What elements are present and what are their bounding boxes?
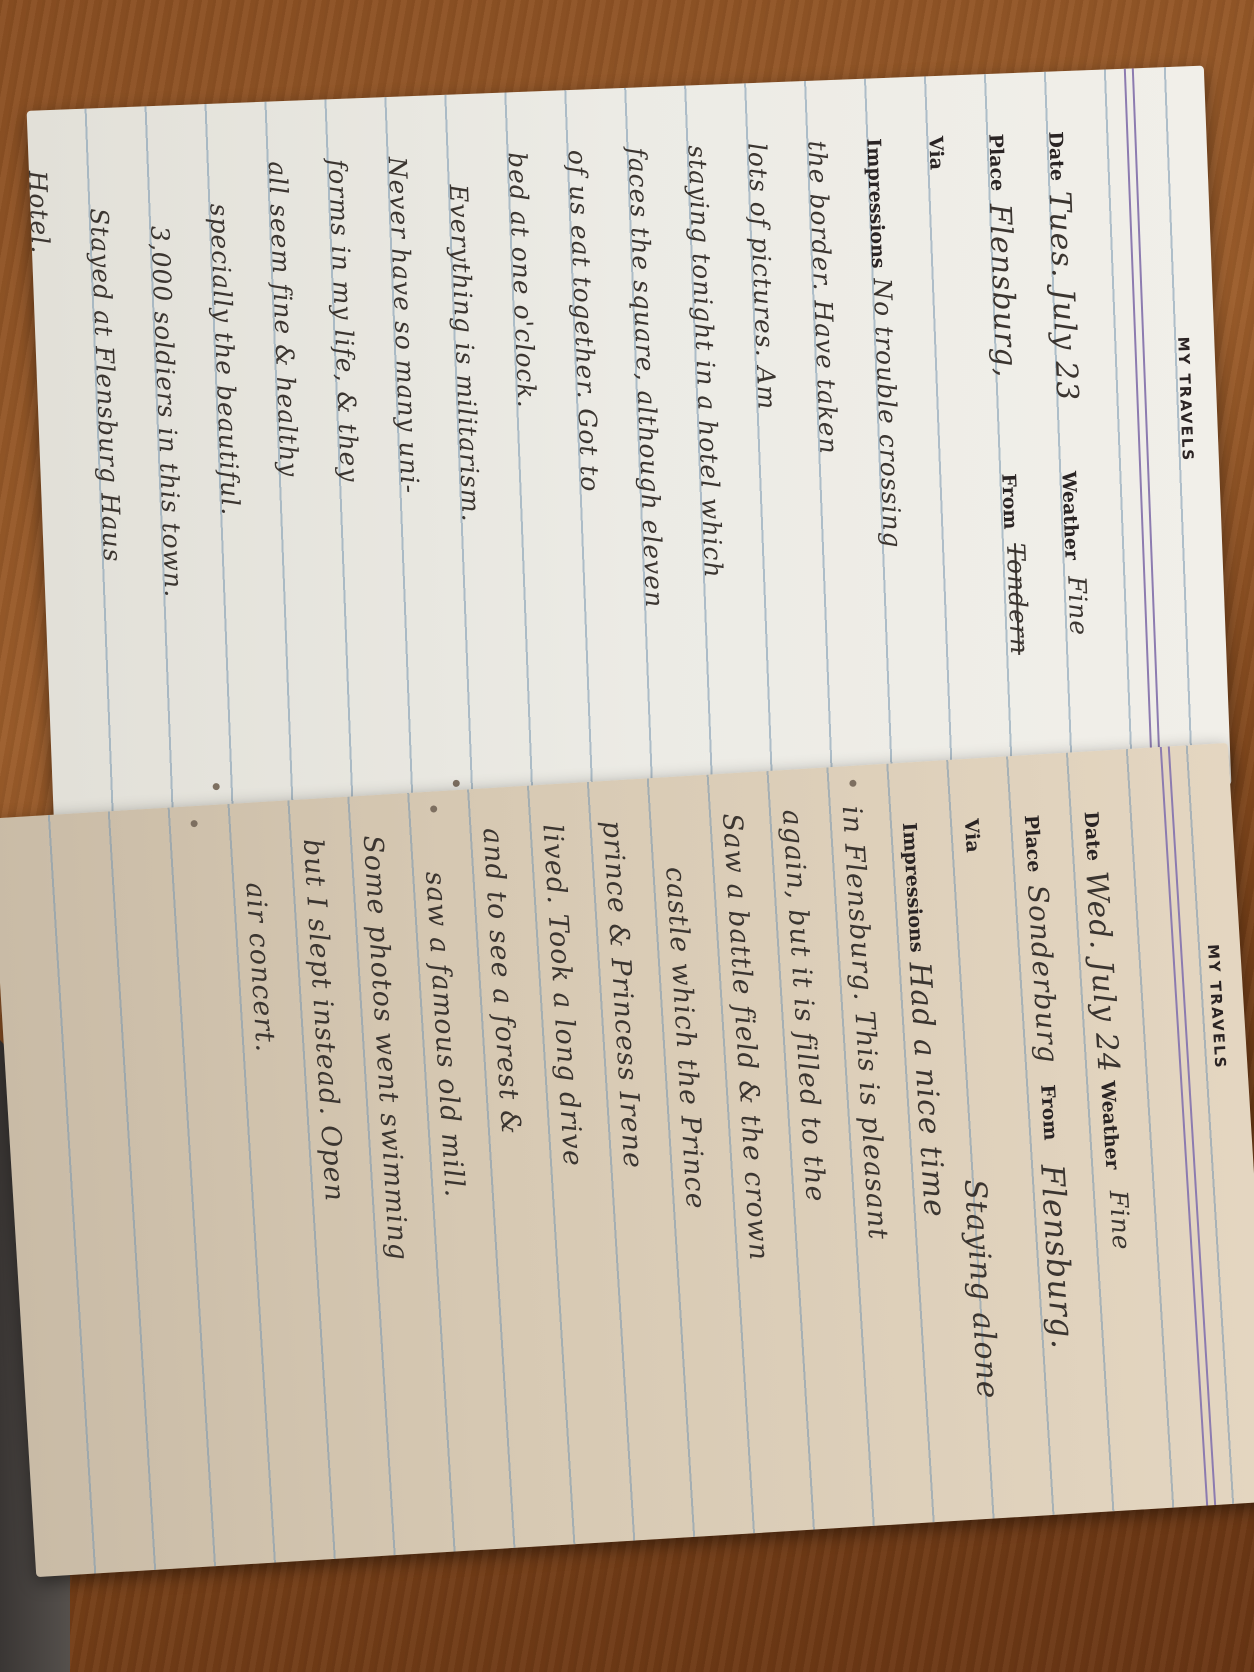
date-label: Date [1044, 131, 1068, 181]
weather-label: Weather [1057, 471, 1082, 561]
from-label: From [1036, 1084, 1061, 1141]
from-label: From [997, 473, 1021, 530]
via-label: Via [960, 818, 984, 853]
place-label: Place [984, 133, 1008, 191]
place-value: Flensburg, [982, 203, 1024, 379]
impressions-text-body: the border. Have taken lots of pictures.… [27, 139, 864, 641]
from-value: Tondern [1001, 543, 1034, 656]
diary-page-july-24: MY TRAVELS Date Wed. July 24 Weather Fin… [0, 743, 1254, 1577]
impressions-text: No trouble crossing [852, 277, 922, 550]
impressions-text-body: in Flensburg. This is pleasant again, bu… [222, 804, 908, 1292]
via-label: Via [924, 136, 947, 171]
weather-value: Fine [1062, 575, 1093, 636]
date-label: Date [1080, 811, 1105, 862]
place-label: Place [1020, 814, 1045, 873]
weather-value: Fine [1104, 1189, 1137, 1251]
diary-page-july-23: MY TRAVELS Date Tues. July 23 Weather Fi… [27, 66, 1232, 831]
impressions-line: No trouble crossing [852, 277, 922, 550]
